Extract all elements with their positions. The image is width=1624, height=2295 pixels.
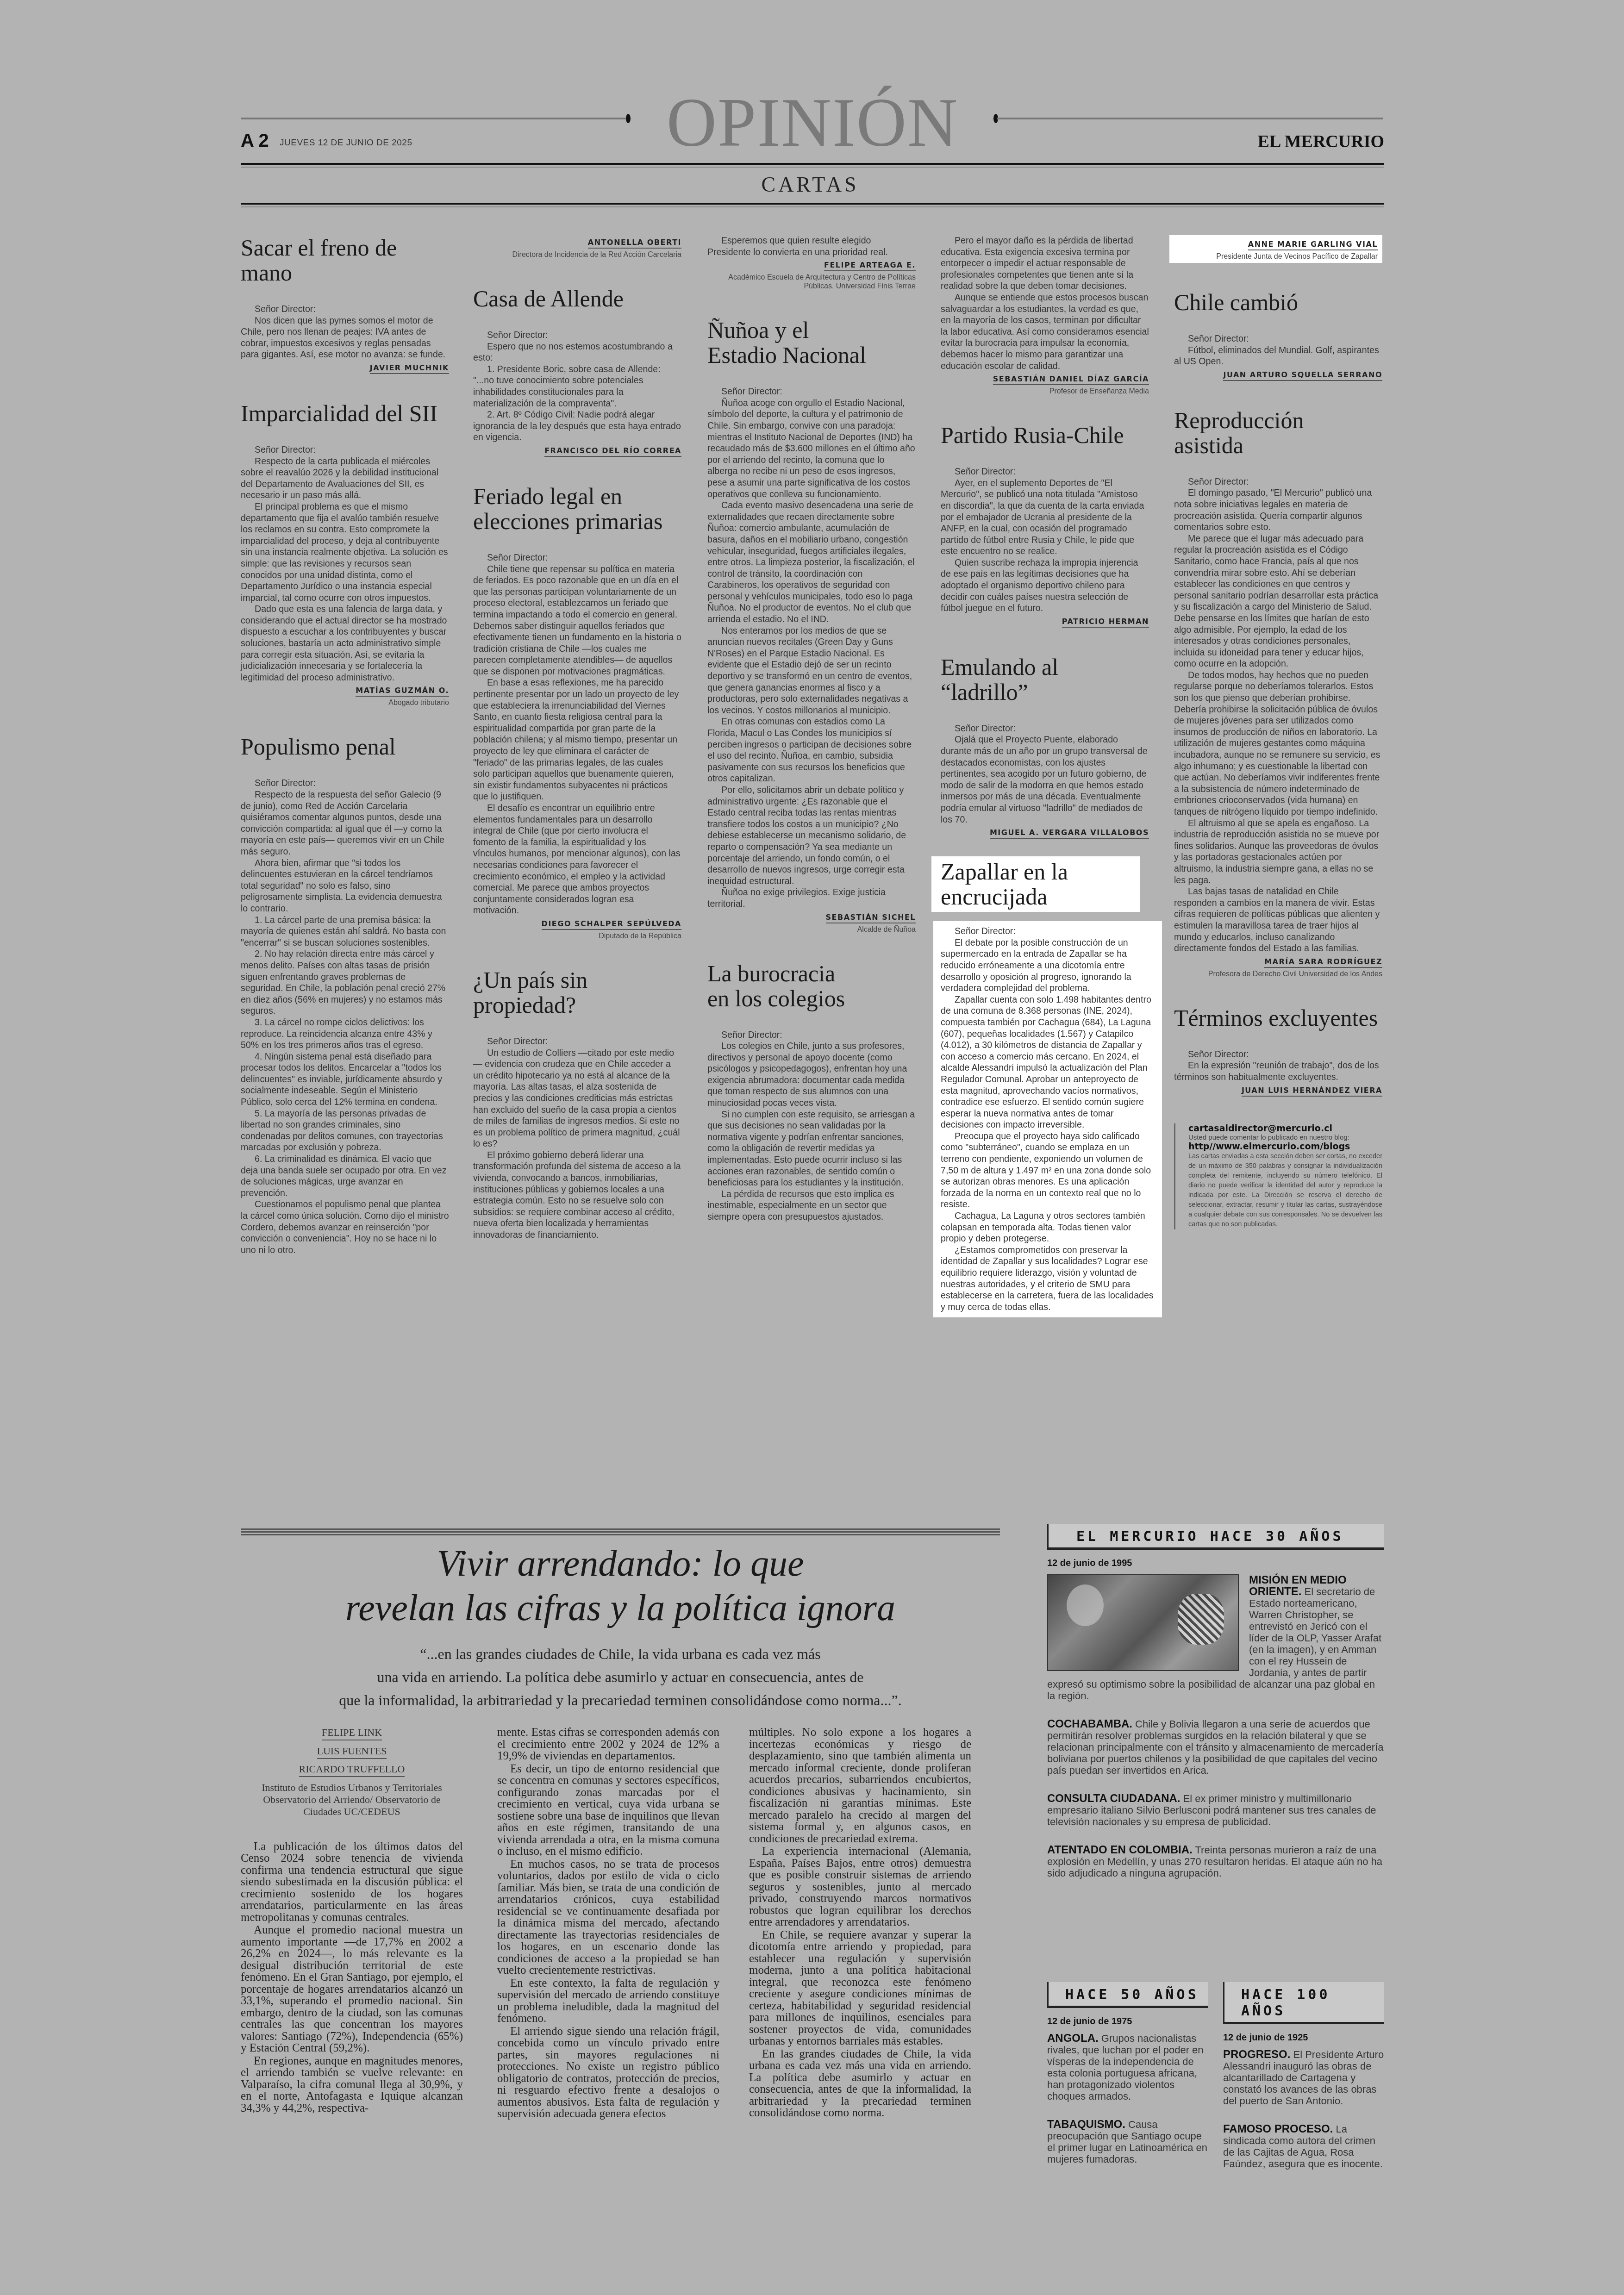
salutation: Señor Director: (241, 304, 449, 315)
letter-pais-sin-propiedad: ¿Un país sin propiedad? Señor Director: … (473, 967, 681, 1241)
rule-dot-icon (626, 114, 631, 123)
paragraph: 2. Art. 8º Código Civil: Nadie podrá ale… (473, 409, 681, 443)
salutation: Señor Director: (707, 1029, 916, 1041)
letter-partido-rusia-chile: Partido Rusia-Chile Señor Director: Ayer… (941, 423, 1149, 628)
contact-email[interactable]: cartasaldirector@mercurio.cl (1188, 1123, 1382, 1134)
essay-title: Vivir arrendando: lo que revelan las cif… (241, 1541, 1000, 1630)
letter-title: Partido Rusia-Chile (941, 423, 1149, 448)
salutation: Señor Director: (473, 552, 681, 564)
paragraph: Cuestionamos el populismo penal que plan… (241, 1199, 449, 1256)
history-item: TABAQUISMO. Causa preocupación que Santi… (1047, 2119, 1208, 2165)
paragraph: 6. La criminalidad es dinámica. El vacío… (241, 1154, 449, 1199)
paragraph: Zapallar cuenta con solo 1.498 habitante… (941, 994, 1155, 1131)
letters-column-5: ANNE MARIE GARLING VIAL Presidente Junta… (1174, 235, 1382, 1229)
letter-burocracia-colegios: La burocracia en los colegios Señor Dire… (707, 961, 916, 1223)
history-header: EL MERCURIO HACE 30 AÑOS (1047, 1524, 1384, 1550)
letter-emulando-ladrillo: Emulando al “ladrillo” Señor Director: O… (941, 655, 1149, 839)
paragraph: En Chile, se requiere avanzar y superar … (749, 1929, 971, 2047)
paragraph: Si no cumplen con este requisito, se arr… (707, 1109, 916, 1189)
essay-author: LUIS FUENTES (317, 1745, 387, 1759)
paragraph: Pero el mayor daño es la pérdida de libe… (941, 235, 1149, 292)
paragraph: ¿Estamos comprometidos con preservar la … (941, 1245, 1155, 1313)
letter-pais-sin-propiedad-cont: Esperemos que quien resulte elegido Pres… (707, 235, 916, 291)
paragraph: Los colegios en Chile, junto a sus profe… (707, 1041, 916, 1109)
history-date: 12 de junio de 1975 (1047, 2016, 1208, 2027)
author-name: PATRICIO HERMAN (1062, 617, 1149, 628)
letter-burocracia-cont: Pero el mayor daño es la pérdida de libe… (941, 235, 1149, 396)
paragraph: 2. No hay relación directa entre más cár… (241, 948, 449, 1017)
essay-author: RICARDO TRUFFELLO (299, 1763, 405, 1777)
essay-title-line: Vivir arrendando: lo que (241, 1541, 1000, 1586)
history-item: FAMOSO PROCESO. La sindicada como autora… (1223, 2123, 1384, 2170)
letter-title: Chile cambió (1174, 290, 1382, 315)
letter-title: Emulando al “ladrillo” (941, 655, 1061, 705)
author-name: SEBASTIÁN SICHEL (826, 913, 916, 923)
essay-column-2: mente. Estas cifras se corresponden adem… (497, 1727, 719, 2121)
paragraph: Por ello, solicitamos abrir un debate po… (707, 785, 916, 887)
letters-column-4: Pero el mayor daño es la pérdida de libe… (941, 235, 1149, 1344)
history-date: 12 de junio de 1925 (1223, 2033, 1384, 2043)
history-item: COCHABAMBA. Chile y Bolivia llegaron a u… (1047, 1718, 1384, 1776)
author-role: Alcalde de Ñuñoa (707, 925, 916, 934)
letter-populismo-penal: Populismo penal Señor Director: Respecto… (241, 734, 449, 1256)
paragraph: 5. La mayoría de las personas privadas d… (241, 1108, 449, 1154)
history-item: CONSULTA CIUDADANA. El ex primer ministr… (1047, 1793, 1384, 1827)
paragraph: Ayer, en el suplemento Deportes de "El M… (941, 478, 1149, 557)
paragraph: En la expresión "reunión de trabajo", do… (1174, 1060, 1382, 1083)
quote-line: que la informalidad, la arbitrariedad y … (241, 1689, 1000, 1712)
paragraph: Aunque el promedio nacional muestra un a… (241, 1924, 463, 2054)
essay-author: FELIPE LINK (322, 1727, 382, 1740)
history-date: 12 de junio de 1995 (1047, 1558, 1384, 1569)
salutation: Señor Director: (241, 444, 449, 456)
blog-link[interactable]: http//www.elmercurio.com/blogs (1188, 1141, 1382, 1152)
author-name: MATÍAS GUZMÁN O. (356, 686, 449, 697)
paragraph: múltiples. No solo expone a los hogares … (749, 1727, 971, 1845)
letter-title: Términos excluyentes (1174, 1005, 1382, 1030)
letters-column-3: Esperemos que quien resulte elegido Pres… (707, 235, 916, 1250)
history-item-lead: FAMOSO PROCESO. (1223, 2123, 1333, 2135)
paragraph: mente. Estas cifras se corresponden adem… (497, 1727, 719, 1762)
paragraph: Ojalá que el Proyecto Puente, elaborado … (941, 734, 1149, 825)
history-30-years: EL MERCURIO HACE 30 AÑOS 12 de junio de … (1047, 1524, 1384, 1896)
paragraph: Aunque se entiende que estos procesos bu… (941, 292, 1149, 372)
author-name: DIEGO SCHALPER SEPÚLVEDA (542, 919, 681, 930)
history-item: ATENTADO EN COLOMBIA. Treinta personas m… (1047, 1844, 1384, 1879)
paragraph: Dado que esta es una falencia de larga d… (241, 604, 449, 683)
history-100-years: HACE 100 AÑOS 12 de junio de 1925 PROGRE… (1223, 1982, 1384, 2186)
author-role: Profesor de Enseñanza Media (941, 387, 1149, 396)
letter-title: Ñuñoa y el Estadio Nacional (707, 318, 883, 368)
author-role: Presidente Junta de Vecinos Pacífico de … (1174, 252, 1378, 261)
author-name: FRANCISCO DEL RÍO CORREA (544, 446, 681, 457)
paragraph: Quien suscribe rechaza la impropia injer… (941, 557, 1149, 614)
letter-title: Sacar el freno de mano (241, 235, 407, 285)
paragraph: Espero que no nos estemos acostumbrando … (473, 341, 681, 364)
history-item-lead: COCHABAMBA. (1047, 1718, 1132, 1730)
history-item-lead: PROGRESO. (1223, 2048, 1290, 2061)
paragraph: Fútbol, eliminados del Mundial. Golf, as… (1174, 345, 1382, 368)
subsection-thin-rule (241, 206, 1384, 207)
quote-line: “...en las grandes ciudades de Chile, la… (241, 1642, 1000, 1665)
author-name: FELIPE ARTEAGA E. (824, 261, 916, 271)
letter-imparcialidad-sii: Imparcialidad del SII Señor Director: Re… (241, 401, 449, 707)
paragraph: Preocupa que el proyecto haya sido calif… (941, 1131, 1155, 1210)
paragraph: El próximo gobierno deberá liderar una t… (473, 1150, 681, 1241)
author-name: MIGUEL A. VERGARA VILLALOBOS (990, 828, 1149, 839)
paragraph: El debate por la posible construcción de… (941, 937, 1155, 994)
author-role: Abogado tributario (241, 698, 449, 707)
paragraph: En otras comunas con estadios como La Fl… (707, 716, 916, 785)
letter-nunoa-estadio: Ñuñoa y el Estadio Nacional Señor Direct… (707, 318, 916, 934)
author-name: SEBASTIÁN DANIEL DÍAZ GARCÍA (993, 374, 1149, 385)
author-name: JAVIER MUCHNIK (370, 363, 449, 374)
salutation: Señor Director: (473, 330, 681, 341)
salutation: Señor Director: (1174, 333, 1382, 345)
paragraph: 1. Presidente Boric, sobre casa de Allen… (473, 364, 681, 409)
paragraph: Chile tiene que repensar su política en … (473, 564, 681, 678)
subsection-rule (241, 203, 1384, 205)
paragraph: Es decir, un tipo de entorno residencial… (497, 1763, 719, 1858)
photo-figure-left (1067, 1584, 1104, 1626)
history-item-lead: TABAQUISMO. (1047, 2118, 1125, 2131)
masthead-double-rule (241, 163, 1384, 165)
letter-chile-cambio: Chile cambió Señor Director: Fútbol, eli… (1174, 290, 1382, 381)
paragraph: La experiencia internacional (Alemania, … (749, 1846, 971, 1928)
essay-rule (241, 1531, 1000, 1533)
paragraph: El altruismo al que se apela es engañoso… (1174, 818, 1382, 886)
paragraph: Cachagua, La Laguna y otros sectores tam… (941, 1210, 1155, 1245)
masthead-right-rule (997, 118, 1383, 119)
author-role: Directora de Incidencia de la Red Acción… (473, 250, 681, 259)
essay-column-3: múltiples. No solo expone a los hogares … (749, 1727, 971, 2120)
salutation: Señor Director: (707, 386, 916, 398)
masthead-thin-rule (241, 167, 1384, 168)
letter-title: Imparcialidad del SII (241, 401, 449, 426)
paragraph: Ñuñoa no exige privilegios. Exige justic… (707, 887, 916, 910)
paragraph: Respecto de la respuesta del señor Galec… (241, 789, 449, 858)
history-item-lead: ANGOLA. (1047, 2032, 1099, 2045)
paragraph: El desafío es encontrar un equilibrio en… (473, 803, 681, 917)
history-header: HACE 50 AÑOS (1047, 1982, 1208, 2008)
history-header: HACE 100 AÑOS (1223, 1982, 1384, 2024)
paragraph: Ahora bien, afirmar que "si todos los de… (241, 858, 449, 915)
submission-policy: Las cartas enviadas a esta sección deben… (1188, 1152, 1382, 1229)
issue-date: JUEVES 12 DE JUNIO DE 2025 (280, 138, 412, 148)
history-item-lead: ATENTADO EN COLOMBIA. (1047, 1844, 1193, 1856)
paragraph: La pérdida de recursos que esto implica … (707, 1189, 916, 1223)
letter-casa-allende: Casa de Allende Señor Director: Espero q… (473, 286, 681, 457)
history-50-years: HACE 50 AÑOS 12 de junio de 1975 ANGOLA.… (1047, 1982, 1208, 2182)
letter-terminos-excluyentes: Términos excluyentes Señor Director: En … (1174, 1005, 1382, 1097)
essay-affiliation: Instituto de Estudios Urbanos y Territor… (250, 1782, 454, 1818)
paragraph: En las grandes ciudades de Chile, la vid… (749, 2048, 971, 2119)
paragraph: El arriendo sigue siendo una relación fr… (497, 2026, 719, 2120)
author-role: Profesora de Derecho Civil Universidad d… (1174, 970, 1382, 979)
paragraph: Las bajas tasas de natalidad en Chile re… (1174, 886, 1382, 954)
history-item: ANGOLA. Grupos nacionalistas rivales, qu… (1047, 2033, 1208, 2102)
section-title: OPINIÓN (639, 88, 986, 157)
paragraph: 3. La cárcel no rompe ciclos delictivos:… (241, 1017, 449, 1051)
letter-zapallar-cont: ANNE MARIE GARLING VIAL Presidente Junta… (1169, 235, 1382, 263)
letter-sacar-freno: Sacar el freno de mano Señor Director: N… (241, 235, 449, 374)
salutation: Señor Director: (941, 723, 1149, 735)
paragraph: En muchos casos, no se trata de procesos… (497, 1858, 719, 1977)
quote-line: una vida en arriendo. La política debe a… (241, 1665, 1000, 1689)
author-role: Diputado de la República (473, 932, 681, 941)
letter-title: Feriado legal en elecciones primarias (473, 484, 681, 534)
author-role: Académico Escuela de Arquitectura y Cent… (707, 273, 916, 291)
subsection-title: CARTAS (694, 172, 926, 197)
paragraph: El domingo pasado, "El Mercurio" publicó… (1174, 487, 1382, 533)
letter-reproduccion-asistida: Reproducción asistida Señor Director: El… (1174, 408, 1382, 979)
newspaper-name: EL MERCURIO (1204, 131, 1384, 152)
letter-populismo-penal-cont: ANTONELLA OBERTI Directora de Incidencia… (473, 238, 681, 259)
paragraph: De todos modos, hay hechos que no pueden… (1174, 670, 1382, 818)
salutation: Señor Director: (241, 778, 449, 789)
paragraph: Ñuñoa acoge con orgullo el Estadio Nacio… (707, 398, 916, 500)
paragraph: La publicación de los últimos datos del … (241, 1841, 463, 1924)
letter-title: Reproducción asistida (1174, 408, 1331, 458)
letter-zapallar: Zapallar en la encrucijada Señor Directo… (941, 856, 1149, 1317)
paragraph: 1. La cárcel parte de una premisa básica… (241, 915, 449, 949)
salutation: Señor Director: (473, 1036, 681, 1048)
salutation: Señor Director: (941, 926, 1155, 937)
contact-box: cartasaldirector@mercurio.cl Usted puede… (1174, 1123, 1382, 1229)
paragraph: Nos enteramos por los medios de que se a… (707, 625, 916, 717)
letter-feriado-legal: Feriado legal en elecciones primarias Se… (473, 484, 681, 941)
author-name: JUAN ARTURO SQUELLA SERRANO (1223, 370, 1382, 381)
author-name: ANNE MARIE GARLING VIAL (1248, 240, 1378, 250)
masthead-left-rule (241, 118, 630, 119)
paragraph: En base a esas reflexiones, me ha pareci… (473, 677, 681, 803)
paragraph: Respecto de la carta publicada el miérco… (241, 456, 449, 501)
letter-title: Zapallar en la encrucijada (931, 856, 1140, 912)
blog-intro: Usted puede comentar lo publicado en nue… (1188, 1134, 1382, 1141)
author-name: MARÍA SARA RODRÍGUEZ (1264, 957, 1382, 968)
salutation: Señor Director: (941, 466, 1149, 478)
paragraph: Me parece que el lugar más adecuado para… (1174, 533, 1382, 670)
paragraph: El principal problema es que el mismo de… (241, 501, 449, 604)
paragraph: 4. Ningún sistema penal está diseñado pa… (241, 1051, 449, 1108)
letter-title: La burocracia en los colegios (707, 961, 856, 1011)
essay-column-1: FELIPE LINK LUIS FUENTES RICARDO TRUFFEL… (241, 1727, 463, 2115)
essay-title-line: revelan las cifras y la política ignora (241, 1586, 1000, 1630)
photo-figure-right (1178, 1594, 1224, 1645)
paragraph: Cada evento masivo desencadena una serie… (707, 500, 916, 625)
essay-rule (241, 1528, 1000, 1530)
author-name: JUAN LUIS HERNÁNDEZ VIERA (1242, 1086, 1382, 1097)
page-number: A 2 (241, 131, 269, 151)
letter-title: Populismo penal (241, 734, 449, 759)
paragraph: Nos dicen que las pymes somos el motor d… (241, 315, 449, 361)
history-item-lead: CONSULTA CIUDADANA. (1047, 1792, 1181, 1805)
paragraph: Esperemos que quien resulte elegido Pres… (707, 235, 916, 258)
salutation: Señor Director: (1174, 1049, 1382, 1060)
author-name: ANTONELLA OBERTI (588, 238, 681, 249)
news-photo (1047, 1574, 1239, 1671)
letters-column-2: ANTONELLA OBERTI Directora de Incidencia… (473, 235, 681, 1268)
essay-rule (241, 1534, 1000, 1535)
paragraph: Un estudio de Colliers —citado por este … (473, 1048, 681, 1150)
paragraph: En regiones, aunque en magnitudes menore… (241, 2055, 463, 2114)
essay-pull-quote: “...en las grandes ciudades de Chile, la… (241, 1642, 1000, 1712)
history-item: PROGRESO. El Presidente Arturo Alessandr… (1223, 2049, 1384, 2107)
paragraph: En este contexto, la falta de regulación… (497, 1977, 719, 2025)
letter-title: ¿Un país sin propiedad? (473, 967, 621, 1017)
letters-column-1: Sacar el freno de mano Señor Director: N… (241, 235, 449, 1283)
salutation: Señor Director: (1174, 476, 1382, 488)
letter-title: Casa de Allende (473, 286, 681, 311)
